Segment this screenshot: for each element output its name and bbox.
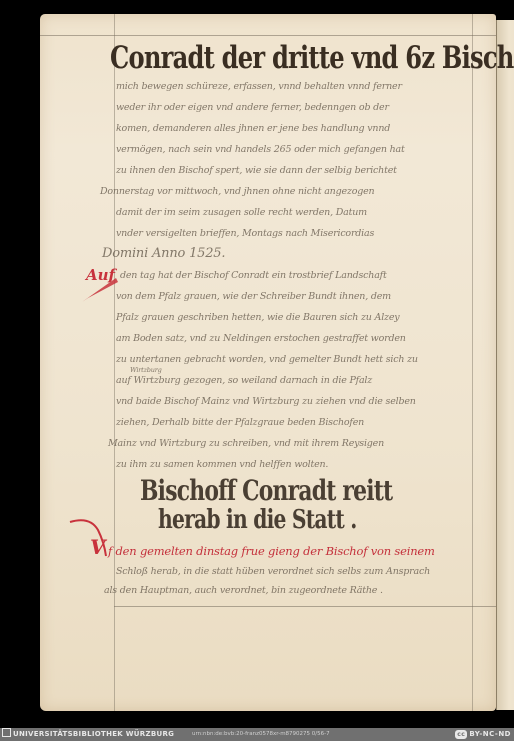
text-line: Donnerstag vor mittwoch, vnd jhnen ohne … bbox=[100, 186, 374, 197]
text-line: Schloß herab, in die statt hüben verordn… bbox=[116, 566, 430, 577]
text-line: Pfalz grauen geschriben hetten, wie die … bbox=[116, 312, 399, 323]
urn-identifier[interactable]: urn:nbn:de:bvb:20-franz0578xr-m8790275 0… bbox=[192, 728, 330, 741]
text-line: zu untertanen gebracht worden, vnd gemel… bbox=[116, 354, 418, 365]
footer-bar: UNIVERSITÄTSBIBLIOTHEK WÜRZBURG urn:nbn:… bbox=[0, 728, 514, 741]
manuscript-page: Conradt der dritte vnd 6z Bischoff mich … bbox=[40, 14, 496, 711]
text-line: vnd baide Bischof Mainz vnd Wirtzburg zu… bbox=[116, 396, 416, 407]
text-line: Mainz vnd Wirtzburg zu schreiben, vnd mi… bbox=[108, 438, 384, 449]
text-line: komen, demanderen alles jhnen er jene be… bbox=[116, 123, 390, 134]
text-line: weder ihr oder eigen vnd andere ferner, … bbox=[116, 102, 389, 113]
creative-commons-icon: cc bbox=[455, 730, 467, 739]
rubric-text-line: f den gemelten dinstag frue gieng der Bi… bbox=[108, 544, 435, 558]
license-label: BY-NC-ND bbox=[469, 730, 511, 738]
library-logo[interactable]: UNIVERSITÄTSBIBLIOTHEK WÜRZBURG bbox=[2, 728, 174, 741]
text-line: zu ihnen den Bischof spert, wie sie dann… bbox=[116, 165, 397, 176]
initial-flourish-icon bbox=[80, 276, 120, 304]
section-heading-line-1: Bischoff Conradt reitt bbox=[140, 474, 392, 507]
top-rule bbox=[40, 35, 496, 36]
text-line: zu ihm zu samen kommen vnd helffen wolte… bbox=[116, 459, 328, 470]
text-line: den tag hat der Bischof Conradt ein tros… bbox=[120, 270, 387, 281]
text-line: als den Hauptman, auch verordnet, bin zu… bbox=[104, 585, 383, 596]
text-line: von dem Pfalz grauen, wie der Schreiber … bbox=[116, 291, 391, 302]
text-line: vnder versigelten brieffen, Montags nach… bbox=[116, 228, 374, 239]
section-heading-line-2: herab in die Statt . bbox=[158, 505, 356, 535]
text-line: ziehen, Derhalb bitte der Pfalzgraue bed… bbox=[116, 417, 364, 428]
text-line: damit der im seim zusagen solle recht we… bbox=[116, 207, 367, 218]
text-line: am Boden satz, vnd zu Neldingen erstoche… bbox=[116, 333, 406, 344]
date-line: Domini Anno 1525. bbox=[102, 246, 225, 261]
text-line: auf Wirtzburg gezogen, so weiland darnac… bbox=[116, 375, 372, 386]
interlinear-note: Wirtzburg bbox=[130, 366, 162, 374]
library-logo-icon bbox=[2, 728, 11, 737]
chapter-heading: Conradt der dritte vnd 6z Bischoff bbox=[110, 40, 514, 76]
text-line: vermögen, nach sein vnd handels 265 oder… bbox=[116, 144, 405, 155]
image-viewer: Conradt der dritte vnd 6z Bischoff mich … bbox=[0, 0, 514, 728]
facing-page-edge bbox=[496, 20, 514, 710]
rubric-initial: V bbox=[90, 535, 106, 559]
text-line: mich bewegen schüreze, erfassen, vnnd be… bbox=[116, 81, 402, 92]
bottom-rule bbox=[114, 606, 496, 607]
license-link[interactable]: ccBY-NC-ND bbox=[455, 728, 511, 741]
library-name: UNIVERSITÄTSBIBLIOTHEK WÜRZBURG bbox=[13, 730, 174, 738]
